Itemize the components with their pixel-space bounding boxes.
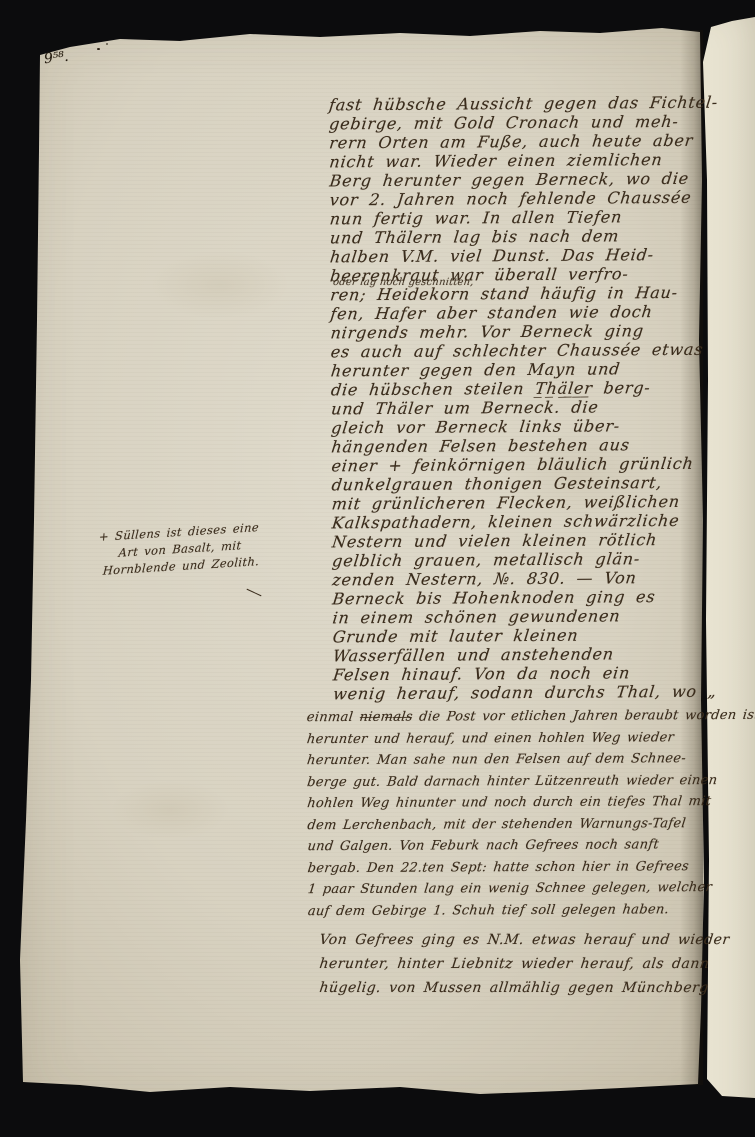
closing-paragraph: Von Gefrees ging es N.M. etwas herauf un… (300, 928, 728, 1000)
text-line: Von Gefrees ging es N.M. etwas herauf un… (318, 928, 731, 952)
text-line: hohlen Weg hinunter und noch durch ein t… (306, 791, 755, 815)
paper-stain (110, 780, 230, 840)
paper-stain (150, 250, 290, 320)
main-text-block: fast hübsche Aussicht gegen das Fichtel-… (328, 93, 721, 704)
dense-text-block: einmal n̶i̶e̶m̶a̶l̶s̶ die Post vor etlic… (305, 705, 755, 922)
manuscript-photo: 9⁵⁸. + Süllens ist dieses eineArt von Ba… (0, 0, 755, 1137)
text-line: berge gut. Bald darnach hinter Lützenreu… (306, 769, 755, 793)
text-line: und Galgen. Von Feburk nach Gefrees noch… (306, 834, 755, 858)
text-line: hügelig. von Mussen allmählig gegen Münc… (318, 976, 731, 1000)
text-line: auf dem Gebirge 1. Schuh tief soll geleg… (307, 898, 755, 922)
text-line: dem Lerchenbach, mit der stehenden Warnu… (306, 812, 755, 836)
text-line: bergab. Den 22.ten Sept: hatte schon hie… (306, 855, 755, 879)
text-line: wenig herauf, sodann durchs Thal, wo „ (332, 682, 723, 704)
text-line: einmal n̶i̶e̶m̶a̶l̶s̶ die Post vor etlic… (306, 705, 755, 729)
ink-speck (106, 43, 108, 45)
text-line: herunter und herauf, und einen hohlen We… (306, 726, 755, 750)
text-line: herunter, hinter Liebnitz wieder herauf,… (318, 952, 731, 976)
interline-insertion: oder lag noch geschnitten, (332, 277, 474, 288)
folio-number: 9⁵⁸. (43, 49, 69, 67)
text-line: 1 paar Stunden lang ein wenig Schnee gel… (306, 877, 755, 901)
text-line: herunter. Man sahe nun den Felsen auf de… (306, 748, 755, 772)
ink-speck (97, 48, 100, 50)
